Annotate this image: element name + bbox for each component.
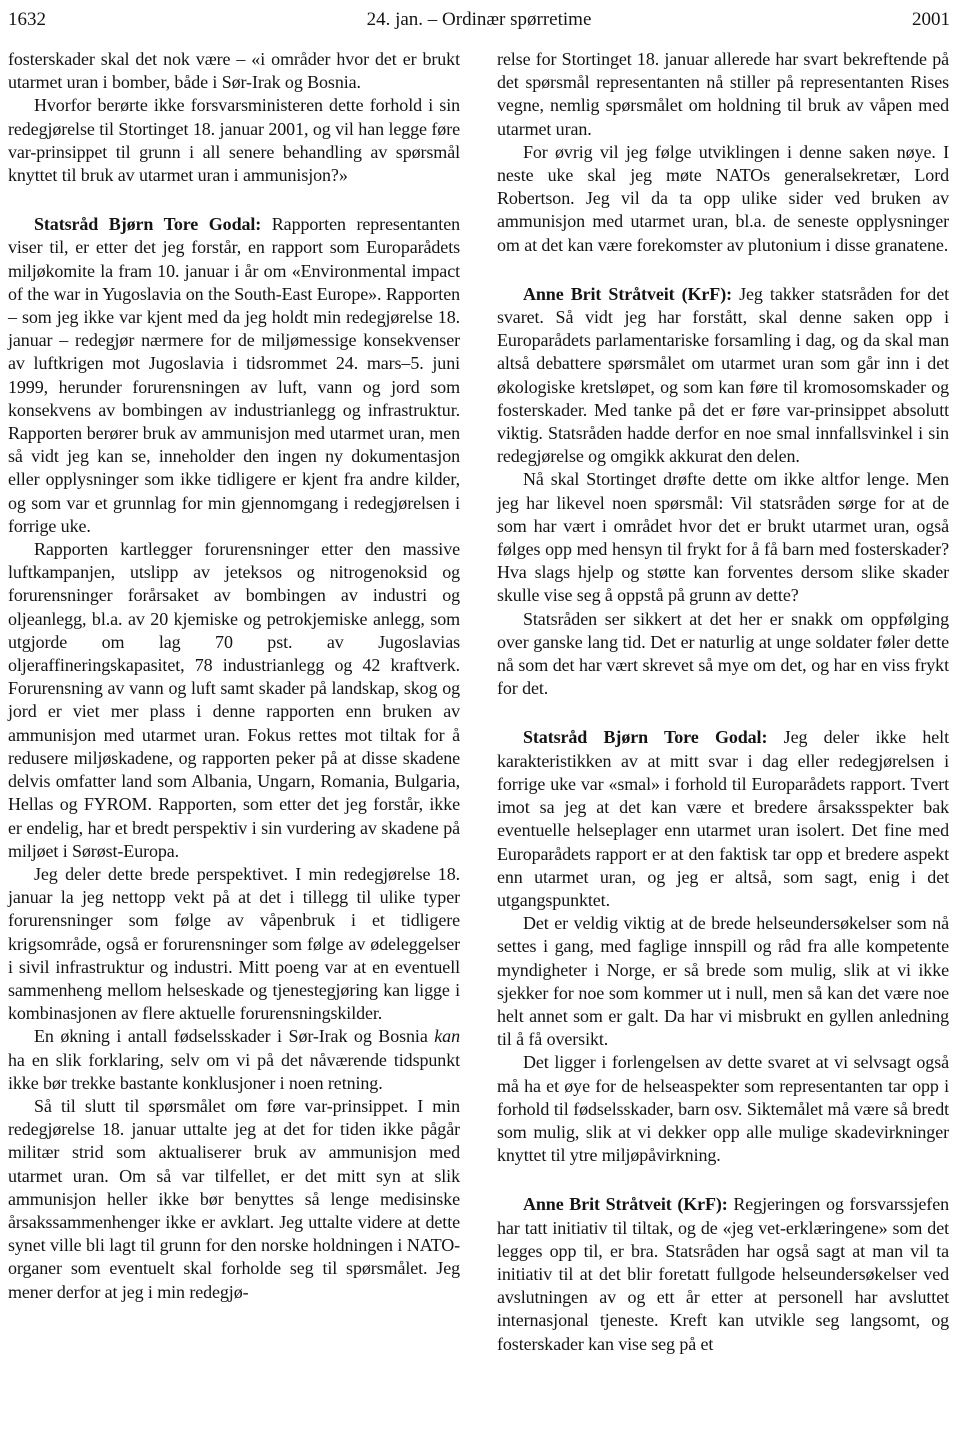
body-text: Regjeringen og forsvarssjefen har tatt i… xyxy=(497,1194,949,1353)
speaker-name: Anne Brit Stråtveit (KrF): xyxy=(523,284,739,304)
paragraph: Det er veldig viktig at de brede helseun… xyxy=(497,912,949,1051)
body-text: For øvrig vil jeg følge utviklingen i de… xyxy=(497,142,949,255)
text-columns: fosterskader skal det nok være – «i områ… xyxy=(8,48,950,1356)
body-text: Hvorfor berørte ikke forsvarsministeren … xyxy=(8,95,460,185)
left-column: fosterskader skal det nok være – «i områ… xyxy=(8,48,460,1356)
speaker-name: Statsråd Bjørn Tore Godal: xyxy=(34,214,272,234)
body-text: Jeg deler dette brede perspektivet. I mi… xyxy=(8,864,460,1023)
page-header: 1632 24. jan. – Ordinær spørretime 2001 xyxy=(8,8,950,32)
body-text: ha en slik forklaring, selv om vi på det… xyxy=(8,1050,460,1093)
paragraph: Rapporten kartlegger forurensninger ette… xyxy=(8,538,460,863)
speech-paragraph: Statsråd Bjørn Tore Godal: Jeg deler ikk… xyxy=(497,726,949,912)
running-title: 24. jan. – Ordinær spørretime xyxy=(208,8,750,32)
paragraph: Jeg deler dette brede perspektivet. I mi… xyxy=(8,863,460,1025)
paragraph: Det ligger i forlengelsen av dette svare… xyxy=(497,1051,949,1167)
body-text: Rapporten kartlegger forurensninger ette… xyxy=(8,539,460,861)
body-text: Det er veldig viktig at de brede helseun… xyxy=(497,913,949,1049)
speaker-name: Anne Brit Stråtveit (KrF): xyxy=(523,1194,733,1214)
paragraph: En økning i antall fødselsskader i Sør-I… xyxy=(8,1025,460,1095)
header-year: 2001 xyxy=(750,8,950,32)
paragraph: relse for Stortinget 18. januar allerede… xyxy=(497,48,949,141)
body-text: Statsråden ser sikkert at det her er sna… xyxy=(497,609,949,699)
paragraph: fosterskader skal det nok være – «i områ… xyxy=(8,48,460,94)
speech-paragraph: Statsråd Bjørn Tore Godal: Rapporten rep… xyxy=(8,213,460,538)
body-text: Det ligger i forlengelsen av dette svare… xyxy=(497,1052,949,1165)
speaker-name: Statsråd Bjørn Tore Godal: xyxy=(523,727,784,747)
body-text: relse for Stortinget 18. januar allerede… xyxy=(497,49,949,139)
body-text: Jeg takker statsråden for det svaret. Så… xyxy=(497,284,949,466)
paragraph: Hvorfor berørte ikke forsvarsministeren … xyxy=(8,94,460,187)
paragraph: For øvrig vil jeg følge utviklingen i de… xyxy=(497,141,949,257)
speech-paragraph: Anne Brit Stråtveit (KrF): Regjeringen o… xyxy=(497,1193,949,1355)
body-text: Så til slutt til spørsmålet om føre var-… xyxy=(8,1096,460,1302)
paragraph: Statsråden ser sikkert at det her er sna… xyxy=(497,608,949,701)
paragraph: Nå skal Stortinget drøfte dette om ikke … xyxy=(497,468,949,607)
body-text: En økning i antall fødselsskader i Sør-I… xyxy=(34,1026,434,1046)
paragraph: Så til slutt til spørsmålet om føre var-… xyxy=(8,1095,460,1304)
body-text: Nå skal Stortinget drøfte dette om ikke … xyxy=(497,469,949,605)
speech-paragraph: Anne Brit Stråtveit (KrF): Jeg takker st… xyxy=(497,283,949,469)
body-text: fosterskader skal det nok være – «i områ… xyxy=(8,49,460,92)
right-column: relse for Stortinget 18. januar allerede… xyxy=(497,48,949,1356)
page-number: 1632 xyxy=(8,8,208,32)
body-text: Jeg deler ikke helt karakteristikken av … xyxy=(497,727,949,909)
emphasized-text: kan xyxy=(434,1026,460,1046)
document-page: 1632 24. jan. – Ordinær spørretime 2001 … xyxy=(0,0,960,1432)
body-text: Rapporten representanten viser til, er e… xyxy=(8,214,460,536)
